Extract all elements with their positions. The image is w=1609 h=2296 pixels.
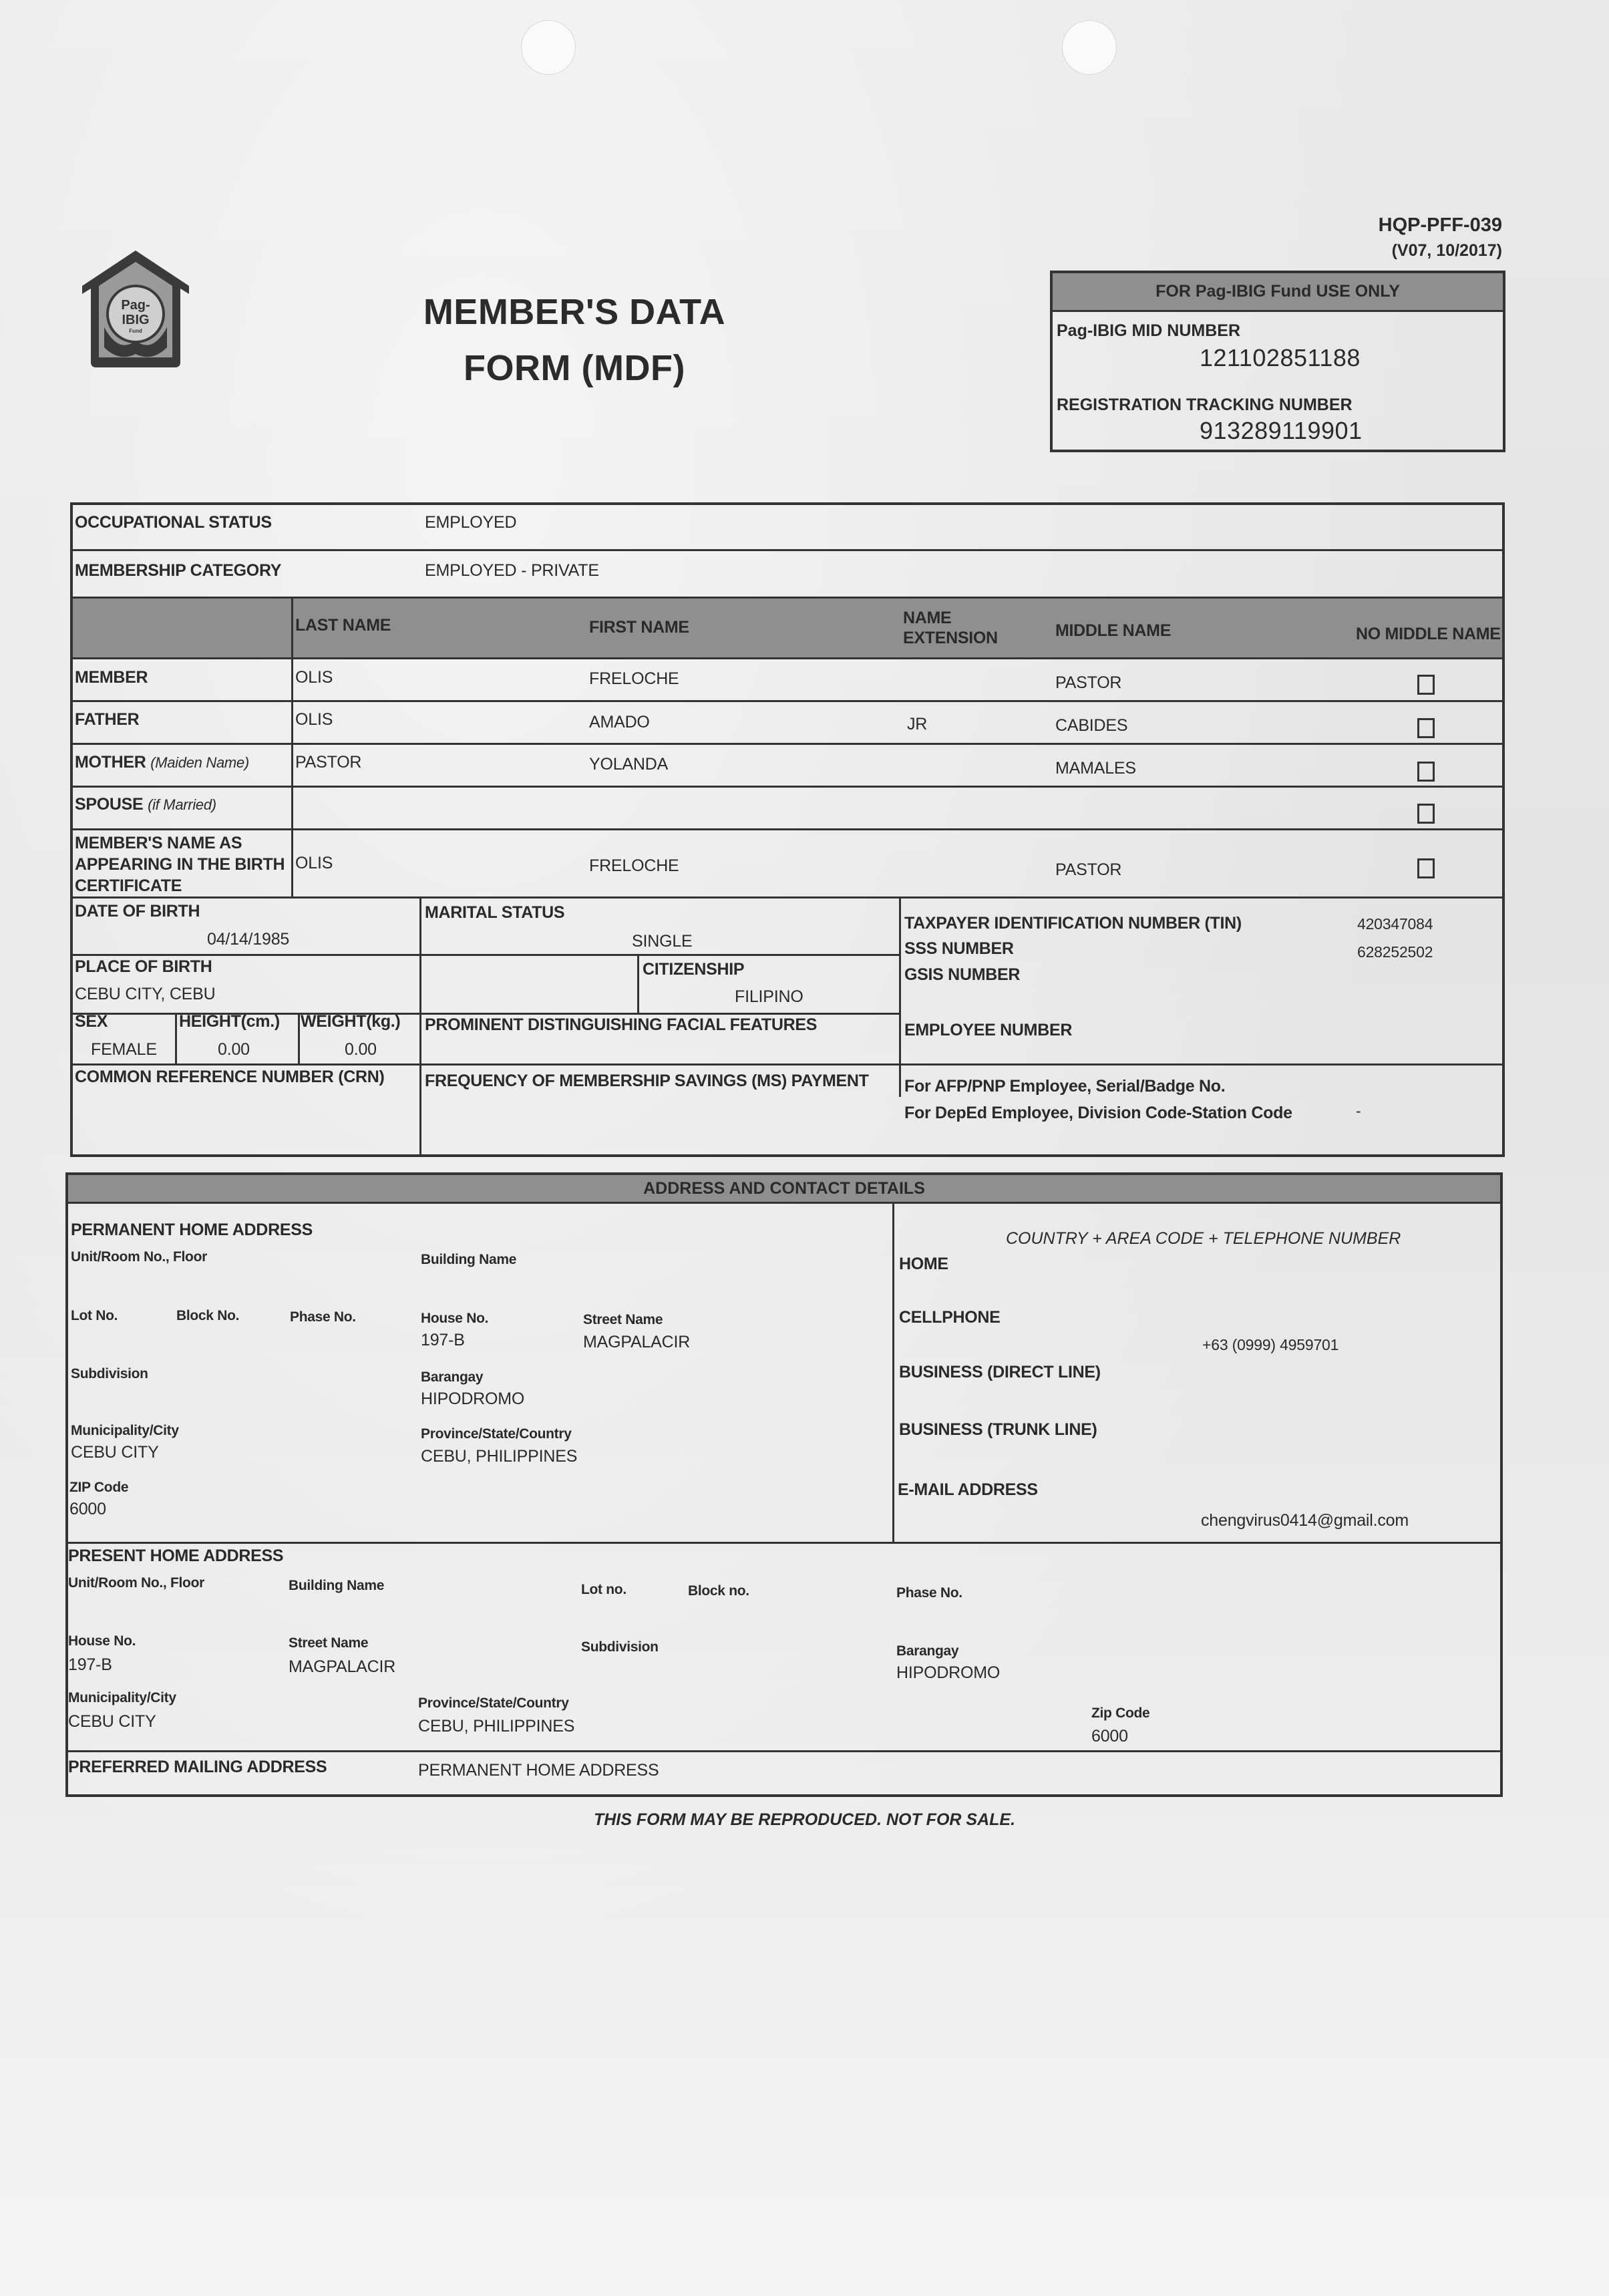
- perm-street-label: Street Name: [583, 1312, 663, 1328]
- pres-house-label: House No.: [68, 1633, 136, 1649]
- member-no-middle-name-checkbox[interactable]: [1417, 675, 1435, 695]
- tin-label: TAXPAYER IDENTIFICATION NUMBER (TIN): [904, 914, 1242, 933]
- sex-label: SEX: [75, 1012, 108, 1031]
- pres-barangay-label: Barangay: [896, 1643, 958, 1659]
- weight-label: WEIGHT(kg.): [301, 1012, 400, 1031]
- sss-label: SSS NUMBER: [904, 939, 1014, 959]
- marital-status-value: SINGLE: [632, 932, 693, 951]
- perm-street-value: MAGPALACIR: [583, 1333, 690, 1352]
- col-name-extension: NAME EXTENSION: [903, 608, 998, 648]
- svg-text:Pag-: Pag-: [121, 298, 150, 313]
- father-name-extension: JR: [907, 715, 927, 734]
- svg-text:IBIG: IBIG: [122, 313, 149, 327]
- fund-use-only-box: FOR Pag-IBIG Fund USE ONLY Pag-IBIG MID …: [1050, 271, 1505, 452]
- mother-first-name: YOLANDA: [589, 755, 668, 774]
- address-section-header: ADDRESS AND CONTACT DETAILS: [68, 1175, 1500, 1202]
- business-direct-label: BUSINESS (DIRECT LINE): [899, 1363, 1101, 1382]
- row-label-member: MEMBER: [75, 668, 148, 687]
- afp-pnp-label: For AFP/PNP Employee, Serial/Badge No.: [904, 1077, 1225, 1096]
- birth-cert-last-name: OLIS: [295, 854, 333, 873]
- email-label: E-MAIL ADDRESS: [898, 1480, 1038, 1500]
- perm-unit-label: Unit/Room No., Floor: [71, 1249, 207, 1265]
- height-label: HEIGHT(cm.): [179, 1012, 280, 1031]
- mother-last-name: PASTOR: [295, 753, 361, 772]
- father-last-name: OLIS: [295, 710, 333, 729]
- perm-province-label: Province/State/Country: [421, 1426, 572, 1442]
- form-code-block: HQP-PFF-039 (V07, 10/2017): [1379, 212, 1502, 263]
- crn-label: COMMON REFERENCE NUMBER (CRN): [75, 1068, 385, 1087]
- cellphone-value: +63 (0999) 4959701: [1202, 1336, 1338, 1354]
- occupational-status-value: EMPLOYED: [425, 513, 516, 532]
- place-of-birth-label: PLACE OF BIRTH: [75, 957, 212, 977]
- deped-label: For DepEd Employee, Division Code-Statio…: [904, 1104, 1292, 1123]
- weight-value: 0.00: [345, 1040, 377, 1059]
- perm-zip-value: 6000: [69, 1500, 106, 1519]
- pres-zip-label: Zip Code: [1091, 1705, 1149, 1721]
- col-last-name: LAST NAME: [295, 616, 391, 635]
- form-version: (V07, 10/2017): [1379, 238, 1502, 263]
- punch-hole-right: [1062, 20, 1117, 75]
- perm-city-label: Municipality/City: [71, 1423, 179, 1439]
- rtn-value: 913289119901: [1200, 417, 1363, 445]
- perm-barangay-value: HIPODROMO: [421, 1389, 524, 1409]
- row-label-father: FATHER: [75, 710, 139, 729]
- member-last-name: OLIS: [295, 668, 333, 687]
- pres-barangay-value: HIPODROMO: [896, 1663, 1000, 1683]
- citizenship-value: FILIPINO: [735, 987, 803, 1007]
- punch-hole-left: [521, 20, 576, 75]
- sex-value: FEMALE: [91, 1040, 157, 1059]
- pres-province-label: Province/State/Country: [418, 1695, 569, 1711]
- names-table-header: [73, 599, 1502, 657]
- employee-number-label: EMPLOYEE NUMBER: [904, 1021, 1072, 1040]
- occupational-status-label: OCCUPATIONAL STATUS: [75, 513, 272, 532]
- rtn-label: REGISTRATION TRACKING NUMBER: [1057, 395, 1353, 415]
- facial-features-label: PROMINENT DISTINGUISHING FACIAL FEATURES: [425, 1015, 817, 1035]
- perm-house-label: House No.: [421, 1311, 488, 1327]
- dob-label: DATE OF BIRTH: [75, 902, 200, 921]
- mailing-address-value: PERMANENT HOME ADDRESS: [418, 1754, 659, 1787]
- perm-subdivision-label: Subdivision: [71, 1366, 148, 1382]
- member-middle-name: PASTOR: [1055, 673, 1121, 693]
- father-middle-name: CABIDES: [1055, 716, 1127, 735]
- business-trunk-label: BUSINESS (TRUNK LINE): [899, 1420, 1097, 1440]
- perm-province-value: CEBU, PHILIPPINES: [421, 1447, 577, 1466]
- father-first-name: AMADO: [589, 713, 650, 732]
- home-phone-label: HOME: [899, 1255, 948, 1274]
- height-value: 0.00: [218, 1040, 250, 1059]
- pres-zip-value: 6000: [1091, 1727, 1128, 1746]
- pres-city-value: CEBU CITY: [68, 1712, 156, 1732]
- pres-house-value: 197-B: [68, 1655, 112, 1675]
- footer-note: THIS FORM MAY BE REPRODUCED. NOT FOR SAL…: [0, 1810, 1609, 1830]
- cellphone-label: CELLPHONE: [899, 1308, 1000, 1327]
- gsis-label: GSIS NUMBER: [904, 965, 1020, 985]
- mother-no-middle-name-checkbox[interactable]: [1417, 762, 1435, 782]
- perm-city-value: CEBU CITY: [71, 1443, 159, 1462]
- perm-barangay-label: Barangay: [421, 1369, 483, 1385]
- phone-format-hint: COUNTRY + AREA CODE + TELEPHONE NUMBER: [1006, 1229, 1401, 1249]
- deped-value: -: [1356, 1102, 1361, 1120]
- perm-phase-label: Phase No.: [290, 1309, 356, 1325]
- marital-status-label: MARITAL STATUS: [425, 903, 564, 923]
- form-code: HQP-PFF-039: [1379, 212, 1502, 238]
- pres-building-label: Building Name: [289, 1578, 384, 1594]
- dob-value: 04/14/1985: [207, 930, 289, 949]
- pag-ibig-logo: Pag- IBIG Fund: [79, 247, 192, 371]
- fund-use-header: FOR Pag-IBIG Fund USE ONLY: [1053, 273, 1503, 310]
- perm-zip-label: ZIP Code: [69, 1480, 128, 1496]
- mother-middle-name: MAMALES: [1055, 759, 1136, 778]
- tin-value: 420347084: [1357, 915, 1433, 933]
- birth-cert-middle-name: PASTOR: [1055, 860, 1121, 880]
- place-of-birth-value: CEBU CITY, CEBU: [75, 985, 215, 1004]
- pres-unit-label: Unit/Room No., Floor: [68, 1575, 204, 1591]
- mailing-address-label: PREFERRED MAILING ADDRESS: [68, 1750, 327, 1784]
- svg-text:Fund: Fund: [129, 328, 142, 334]
- col-no-middle-name: NO MIDDLE NAME: [1356, 625, 1501, 644]
- page-title: MEMBER'S DATA FORM (MDF): [387, 284, 761, 396]
- citizenship-label: CITIZENSHIP: [643, 960, 744, 979]
- email-value: chengvirus0414@gmail.com: [1201, 1511, 1409, 1530]
- mid-number-label: Pag-IBIG MID NUMBER: [1057, 321, 1240, 341]
- house-hands-logo-icon: Pag- IBIG Fund: [79, 247, 192, 371]
- perm-lot-label: Lot No.: [71, 1308, 118, 1324]
- row-label-spouse: SPOUSE (if Married): [75, 795, 216, 814]
- scanned-page: HQP-PFF-039 (V07, 10/2017) Pag- IBIG Fun…: [0, 0, 1609, 2296]
- row-label-mother: MOTHER (Maiden Name): [75, 753, 249, 772]
- col-middle-name: MIDDLE NAME: [1055, 621, 1171, 641]
- perm-house-value: 197-B: [421, 1331, 465, 1350]
- pres-city-label: Municipality/City: [68, 1690, 176, 1706]
- pres-street-value: MAGPALACIR: [289, 1657, 395, 1677]
- pres-province-value: CEBU, PHILIPPINES: [418, 1717, 574, 1736]
- perm-block-label: Block No.: [176, 1308, 239, 1324]
- membership-category-value: EMPLOYED - PRIVATE: [425, 561, 599, 581]
- pres-block-label: Block no.: [688, 1583, 749, 1599]
- spouse-no-middle-name-checkbox[interactable]: [1417, 804, 1435, 824]
- permanent-address-title: PERMANENT HOME ADDRESS: [71, 1220, 313, 1240]
- ms-frequency-label: FREQUENCY OF MEMBERSHIP SAVINGS (MS) PAY…: [425, 1072, 869, 1091]
- pres-street-label: Street Name: [289, 1635, 368, 1651]
- pres-phase-label: Phase No.: [896, 1585, 962, 1601]
- birth-cert-no-middle-name-checkbox[interactable]: [1417, 858, 1435, 878]
- address-contact-table: [65, 1172, 1503, 1797]
- pres-lot-label: Lot no.: [581, 1582, 627, 1598]
- member-first-name: FRELOCHE: [589, 669, 679, 689]
- pres-subdivision-label: Subdivision: [581, 1639, 659, 1655]
- mid-number-value: 121102851188: [1200, 344, 1361, 372]
- present-address-title: PRESENT HOME ADDRESS: [68, 1546, 283, 1566]
- birth-cert-first-name: FRELOCHE: [589, 856, 679, 876]
- perm-building-label: Building Name: [421, 1252, 516, 1268]
- sss-value: 628252502: [1357, 943, 1433, 961]
- col-first-name: FIRST NAME: [589, 618, 689, 637]
- membership-category-label: MEMBERSHIP CATEGORY: [75, 561, 281, 581]
- row-label-birth-certificate-name: MEMBER'S NAME AS APPEARING IN THE BIRTH …: [75, 832, 285, 896]
- father-no-middle-name-checkbox[interactable]: [1417, 718, 1435, 738]
